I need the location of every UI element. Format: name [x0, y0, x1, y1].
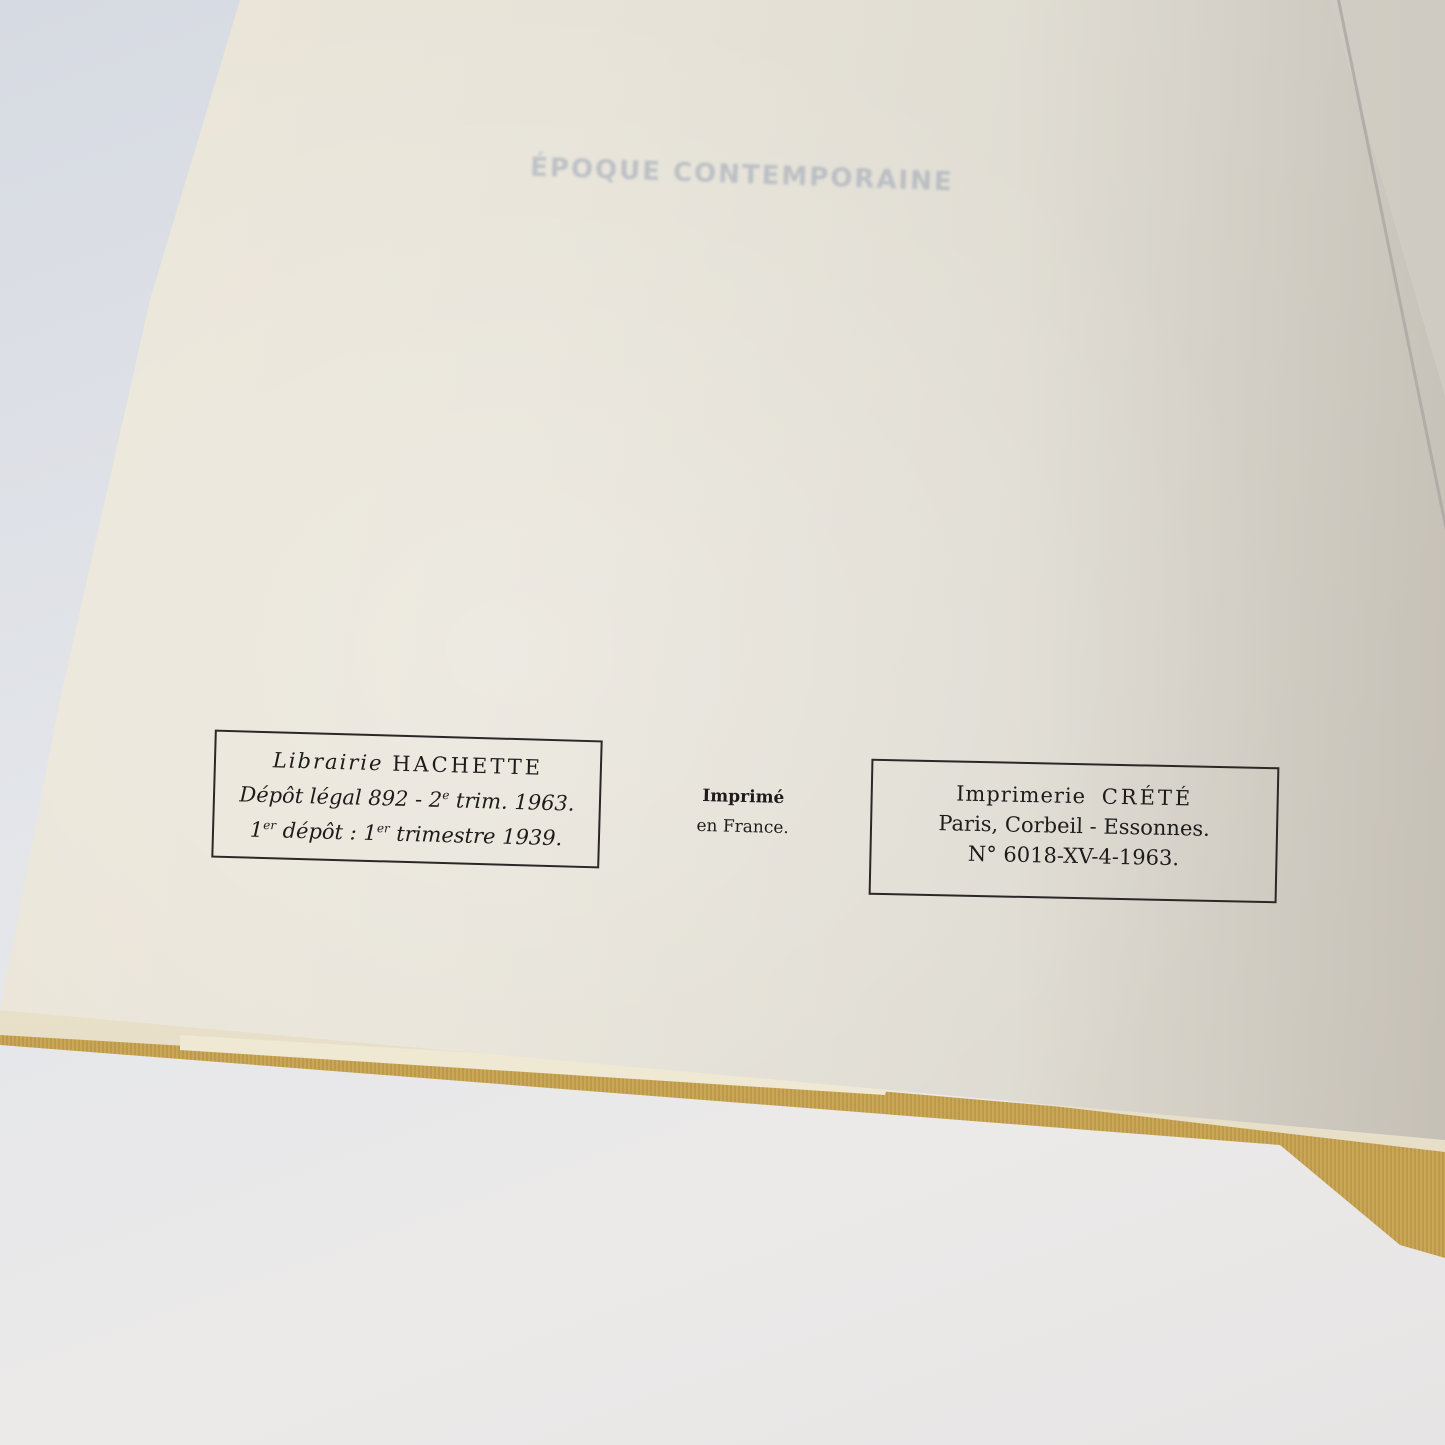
- printed-in-france: Imprimé en France.: [667, 780, 818, 844]
- printer-name: CRÉTÉ: [1102, 785, 1194, 811]
- publisher-name: HACHETTE: [392, 752, 544, 780]
- publisher-stamp: Librairie HACHETTE Dépôt légal 892 - 2e …: [211, 730, 602, 869]
- printer-stamp: Imprimerie CRÉTÉ Paris, Corbeil - Essonn…: [869, 759, 1280, 904]
